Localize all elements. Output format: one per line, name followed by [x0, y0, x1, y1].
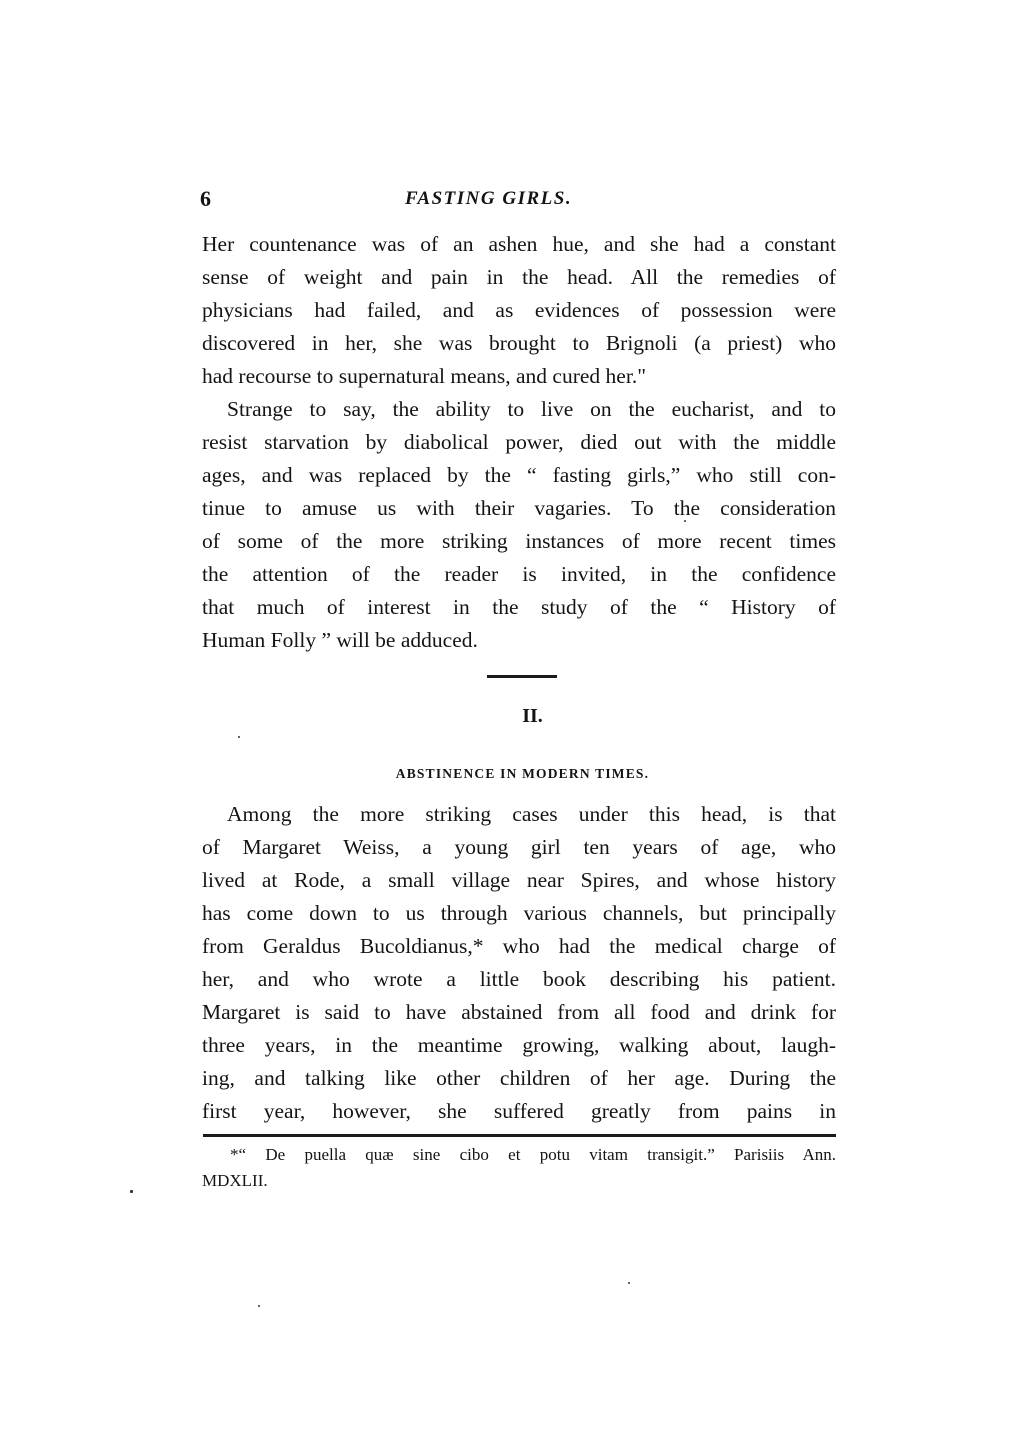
footnote: *“ De puella quæ sine cibo et potu vitam…	[202, 1142, 836, 1194]
running-title: FASTING GIRLS.	[405, 188, 572, 210]
chapter-title: ABSTINENCE IN MODERN TIMES.	[0, 766, 1025, 782]
text-line: ages, and was replaced by the “ fasting …	[202, 459, 836, 492]
paragraph-among-the-more: Among the more striking cases under this…	[202, 798, 836, 1128]
text-line: ing, and talking like other children of …	[202, 1062, 836, 1095]
scan-speck	[238, 736, 240, 738]
scan-speck	[684, 520, 686, 522]
text-line: from Geraldus Bucoldianus,* who had the …	[202, 930, 836, 963]
text-line: lived at Rode, a small village near Spir…	[202, 864, 836, 897]
text-line: of some of the more striking instances o…	[202, 525, 836, 558]
scan-speck	[628, 1282, 630, 1284]
book-page: 6 FASTING GIRLS. Her countenance was of …	[0, 0, 1025, 1429]
text-line: three years, in the meantime growing, wa…	[202, 1029, 836, 1062]
page-number: 6	[200, 186, 211, 212]
text-line: her, and who wrote a little book describ…	[202, 963, 836, 996]
text-line: Her countenance was of an ashen hue, and…	[202, 228, 836, 261]
section-divider	[487, 675, 557, 678]
paragraph-continuation: Her countenance was of an ashen hue, and…	[202, 228, 836, 393]
scan-speck	[130, 1190, 133, 1193]
text-line: the attention of the reader is invited, …	[202, 558, 836, 591]
text-line: discovered in her, she was brought to Br…	[202, 327, 836, 360]
text-line: sense of weight and pain in the head. Al…	[202, 261, 836, 294]
footnote-rule	[203, 1134, 836, 1137]
text-line: Strange to say, the ability to live on t…	[202, 393, 836, 426]
text-line: of Margaret Weiss, a young girl ten year…	[202, 831, 836, 864]
paragraph-strange-to-say: Strange to say, the ability to live on t…	[202, 393, 836, 657]
chapter-number: II.	[0, 705, 1025, 728]
text-line: Human Folly ” will be adduced.	[202, 624, 836, 657]
text-line: resist starvation by diabolical power, d…	[202, 426, 836, 459]
footnote-line: MDXLII.	[202, 1168, 836, 1194]
text-line: tinue to amuse us with their vagaries. T…	[202, 492, 836, 525]
text-line: had recourse to supernatural means, and …	[202, 360, 836, 393]
text-line: first year, however, she suffered greatl…	[202, 1095, 836, 1128]
scan-speck	[258, 1305, 260, 1307]
text-line: physicians had failed, and as evidences …	[202, 294, 836, 327]
text-line: has come down to us through various chan…	[202, 897, 836, 930]
text-line: that much of interest in the study of th…	[202, 591, 836, 624]
text-line: Margaret is said to have abstained from …	[202, 996, 836, 1029]
text-line: Among the more striking cases under this…	[202, 798, 836, 831]
footnote-line: *“ De puella quæ sine cibo et potu vitam…	[202, 1142, 836, 1168]
running-head: 6 FASTING GIRLS.	[200, 186, 840, 216]
